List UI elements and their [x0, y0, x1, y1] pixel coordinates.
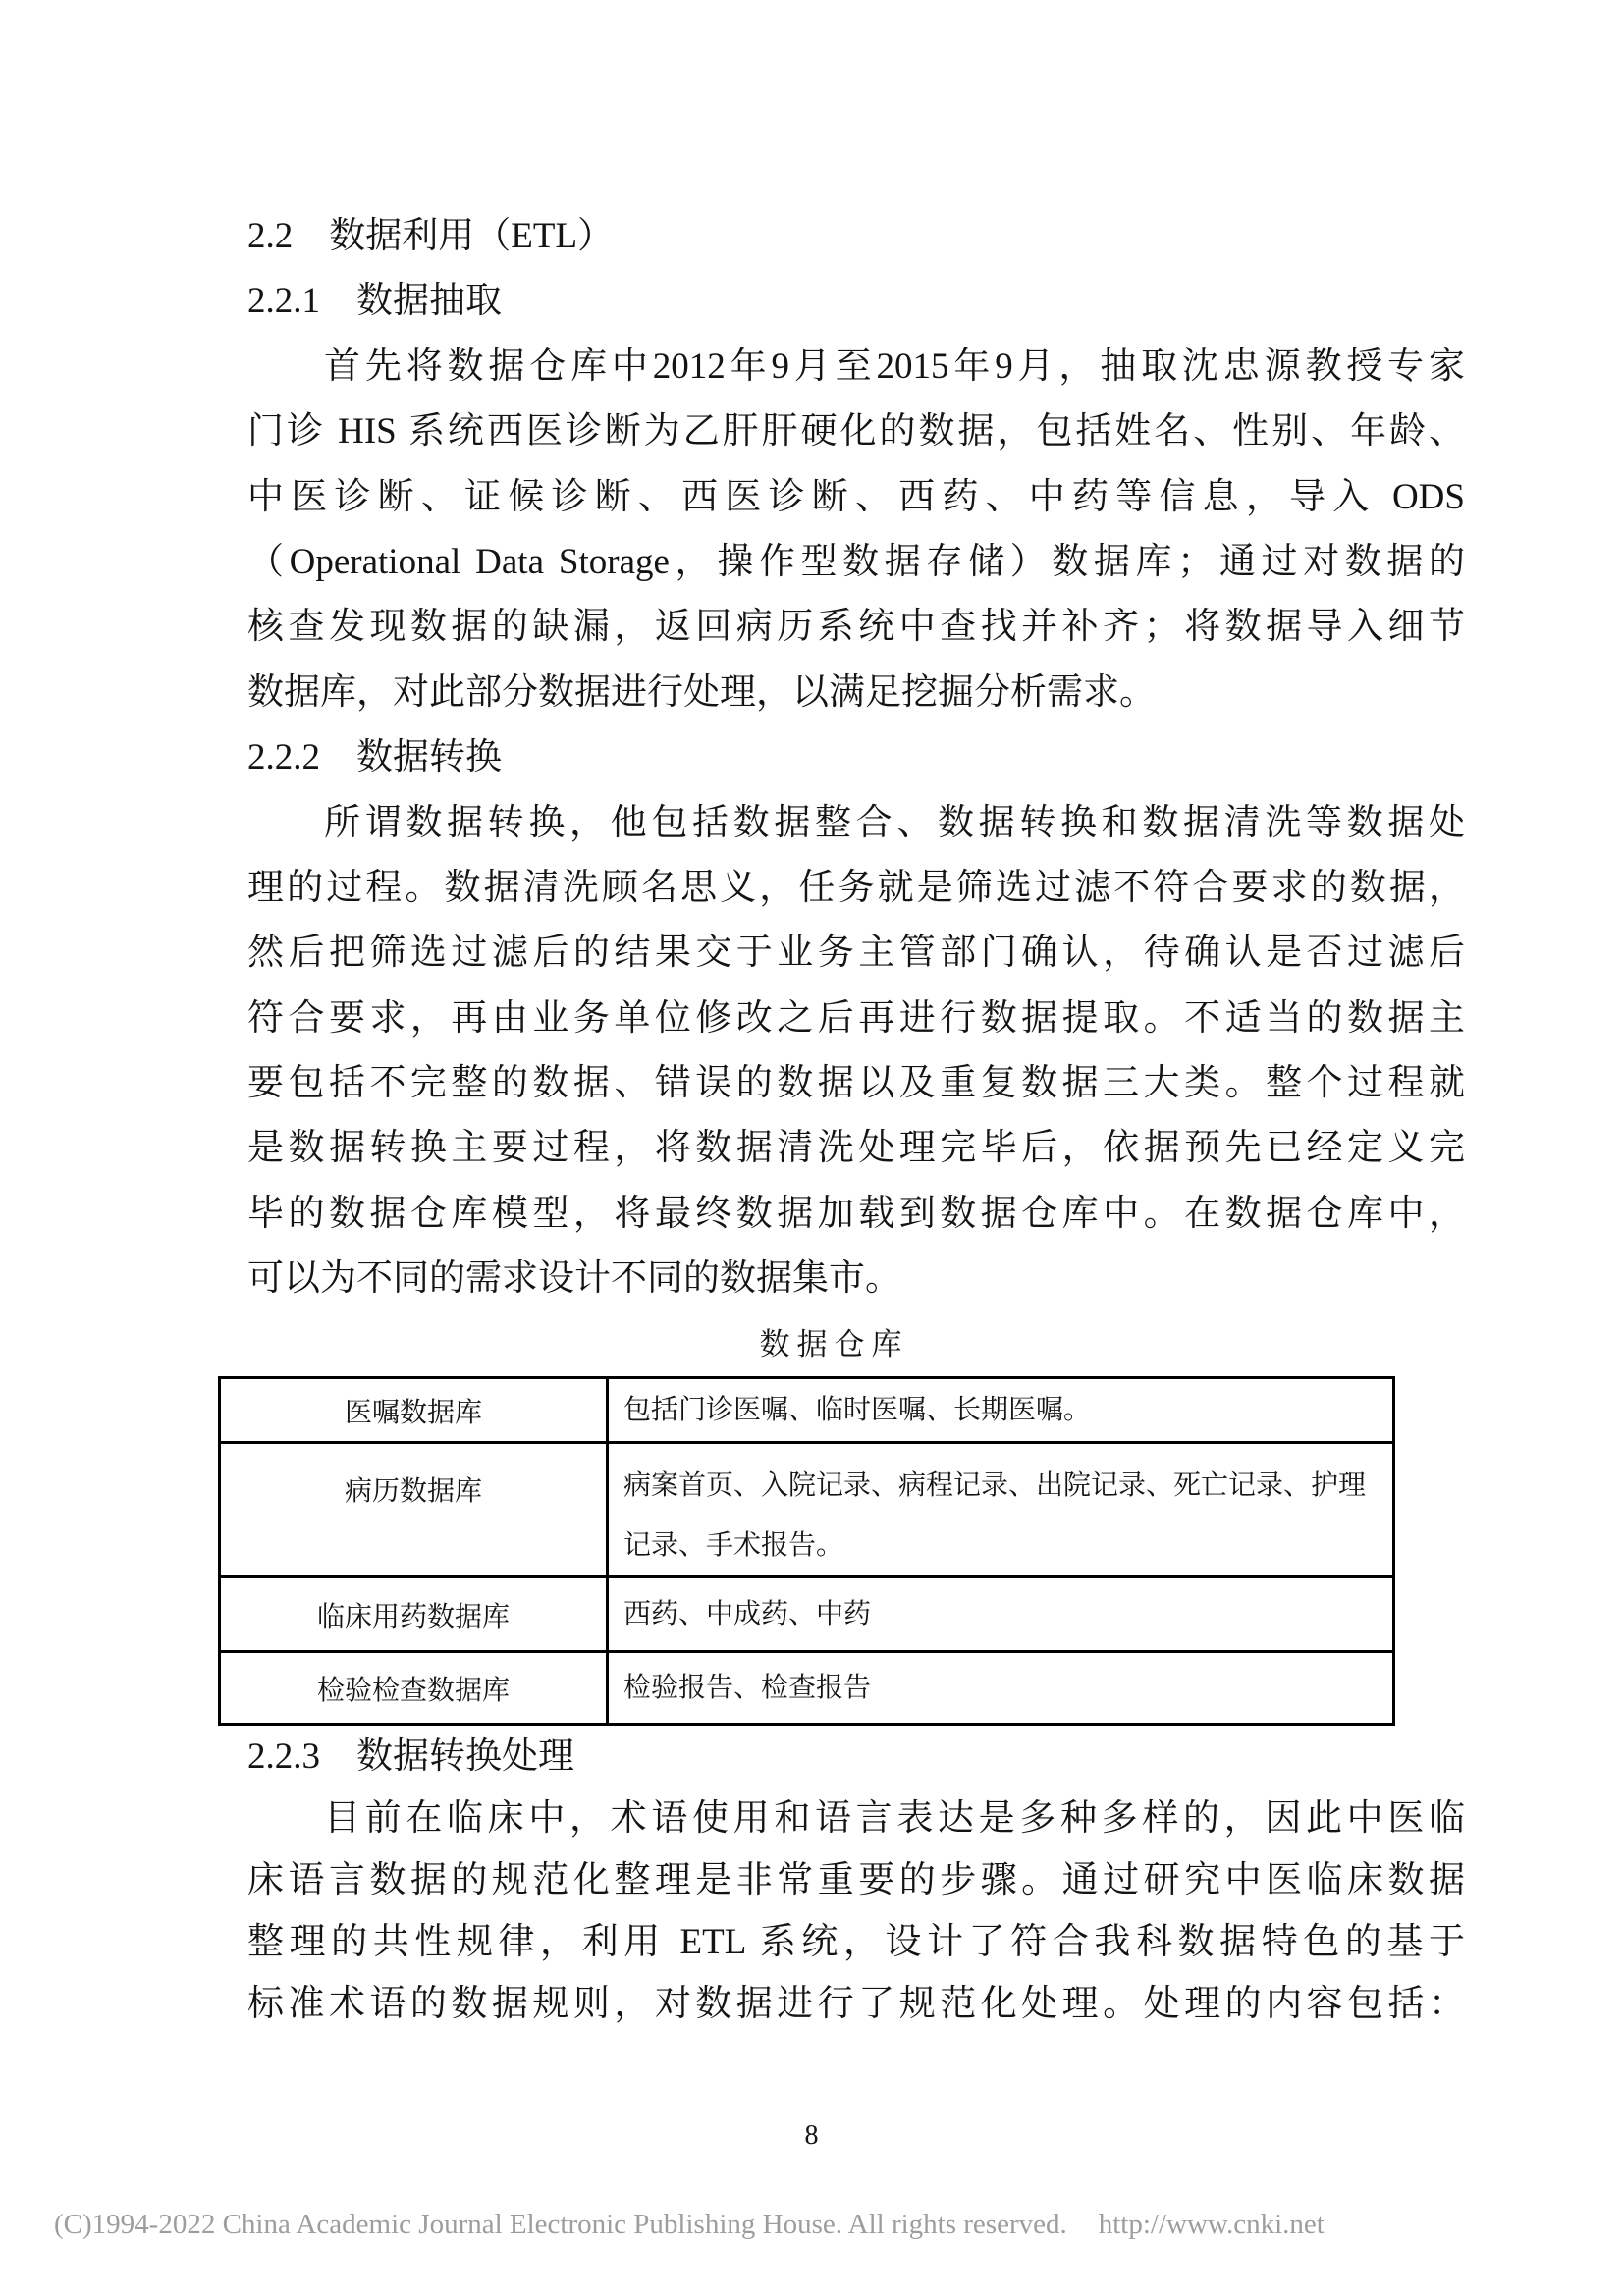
paragraph-line: 是数据转换主要过程，将数据清洗处理完毕后，依据预先已经定义完 [247, 1116, 1465, 1181]
table-cell-content: 检验报告、检查报告 [608, 1652, 1394, 1725]
table-caption: 数据仓库 [247, 1312, 1465, 1377]
table-row: 病历数据库 病案首页、入院记录、病程记录、出院记录、死亡记录、护理记录、手术报告… [220, 1443, 1394, 1577]
paragraph-line: 床语言数据的规范化整理是非常重要的步骤。通过研究中医临床数据 [247, 1849, 1465, 1911]
table-cell-label: 病历数据库 [220, 1443, 608, 1577]
data-warehouse-table: 医嘱数据库 包括门诊医嘱、临时医嘱、长期医嘱。 病历数据库 病案首页、入院记录、… [218, 1376, 1395, 1726]
paragraph-line: 目前在临床中，术语使用和语言表达是多种多样的，因此中医临 [247, 1788, 1465, 1849]
table-cell-content: 西药、中成药、中药 [608, 1577, 1394, 1652]
section-heading-2-2-2: 2.2.2 数据转换 [247, 725, 1465, 790]
paragraph-line: 门诊 HIS 系统西医诊断为乙肝肝硬化的数据，包括姓名、性别、年龄、 [247, 400, 1465, 464]
paragraph-line: 然后把筛选过滤后的结果交于业务主管部门确认，待确认是否过滤后 [247, 921, 1465, 986]
paragraph-line: 所谓数据转换，他包括数据整合、数据转换和数据清洗等数据处 [247, 791, 1465, 856]
paragraph-line: 标准术语的数据规则，对数据进行了规范化处理。处理的内容包括： [247, 1973, 1465, 2035]
table-cell-label: 检验检查数据库 [220, 1652, 608, 1725]
table-cell-label: 医嘱数据库 [220, 1378, 608, 1443]
paragraph-line: 毕的数据仓库模型，将最终数据加载到数据仓库中。在数据仓库中， [247, 1182, 1465, 1247]
content-block-lower: 2.2.3 数据转换处理 目前在临床中，术语使用和语言表达是多种多样的，因此中医… [247, 1726, 1465, 2035]
document-page: 2.2 数据利用（ETL） 2.2.1 数据抽取 首先将数据仓库中2012年9月… [0, 0, 1623, 2296]
paragraph-line: 符合要求，再由业务单位修改之后再进行数据提取。不适当的数据主 [247, 987, 1465, 1051]
table-row: 检验检查数据库 检验报告、检查报告 [220, 1652, 1394, 1725]
section-heading-2-2-1: 2.2.1 数据抽取 [247, 269, 1465, 334]
footer-copyright: (C)1994-2022 China Academic Journal Elec… [54, 2209, 1067, 2240]
paragraph-line: 理的过程。数据清洗顾名思义，任务就是筛选过滤不符合要求的数据， [247, 856, 1465, 921]
table-cell-content: 包括门诊医嘱、临时医嘱、长期医嘱。 [608, 1378, 1394, 1443]
paragraph-line: 中医诊断、证候诊断、西医诊断、西药、中药等信息，导入 ODS [247, 465, 1465, 530]
page-number: 8 [0, 2120, 1623, 2152]
section-heading-2-2: 2.2 数据利用（ETL） [247, 204, 1465, 269]
paragraph-line: 数据库，对此部分数据进行处理，以满足挖掘分析需求。 [247, 661, 1465, 725]
paragraph-line: 首先将数据仓库中2012年9月至2015年9月，抽取沈忠源教授专家 [247, 335, 1465, 400]
paragraph-line: 核查发现数据的缺漏，返回病历系统中查找并补齐；将数据导入细节 [247, 595, 1465, 660]
page-footer: (C)1994-2022 China Academic Journal Elec… [54, 2209, 1325, 2241]
table-row: 临床用药数据库 西药、中成药、中药 [220, 1577, 1394, 1652]
table-cell-content: 病案首页、入院记录、病程记录、出院记录、死亡记录、护理记录、手术报告。 [608, 1443, 1394, 1577]
paragraph-line: 要包括不完整的数据、错误的数据以及重复数据三大类。整个过程就 [247, 1051, 1465, 1116]
footer-url: http://www.cnki.net [1099, 2209, 1325, 2240]
section-heading-2-2-3: 2.2.3 数据转换处理 [247, 1726, 1465, 1788]
paragraph-line: 可以为不同的需求设计不同的数据集市。 [247, 1247, 1465, 1311]
content-block-upper: 2.2 数据利用（ETL） 2.2.1 数据抽取 首先将数据仓库中2012年9月… [247, 204, 1465, 1377]
table-row: 医嘱数据库 包括门诊医嘱、临时医嘱、长期医嘱。 [220, 1378, 1394, 1443]
paragraph-line: 整理的共性规律，利用 ETL 系统，设计了符合我科数据特色的基于 [247, 1911, 1465, 1973]
paragraph-line: （Operational Data Storage，操作型数据存储）数据库；通过… [247, 530, 1465, 595]
table-cell-label: 临床用药数据库 [220, 1577, 608, 1652]
